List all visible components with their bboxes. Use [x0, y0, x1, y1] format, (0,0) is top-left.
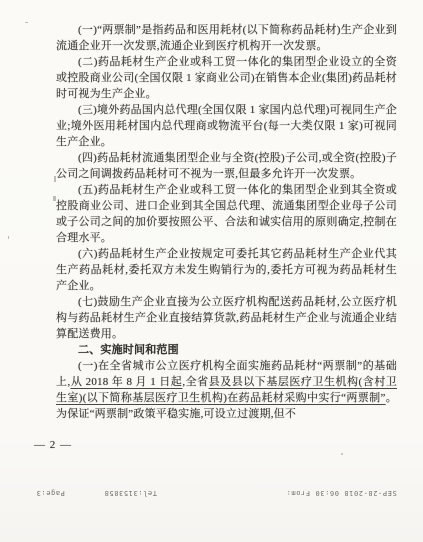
document-text-block: (一)“两票制”是指药品和医用耗材(以下简称药品耗材)生产企业到流通企业开一次发…	[56, 22, 397, 422]
paragraph-direct-distribution: (七)鼓励生产企业直接为公立医疗机构配送药品耗材,公立医疗机构与药品耗材生产企业…	[56, 294, 397, 342]
text-segment-underlined: 从 2018 年 8 月 1 日起	[70, 376, 182, 388]
paragraph-implementation-date: (一)在全省城市公立医疗机构全面实施药品耗材“两票制”的基础上,从 2018 年…	[56, 358, 397, 422]
scan-speckle	[54, 176, 56, 182]
paragraph-overseas-agent: (三)境外药品国内总代理(全国仅限 1 家国内总代理)可视同生产企业;境外医用耗…	[56, 102, 397, 150]
fax-footer-datetime-label: SEP-28-2018 06:30 From:	[286, 489, 397, 497]
paragraph-group-commercial-company: (二)药品耗材生产企业或科工贸一体化的集团型企业设立的全资或控股商业公司(全国仅…	[56, 54, 397, 102]
paragraph-subsidiary-transfer: (四)药品耗材流通集团型企业与全资(控股)子公司,或全资(控股)子公司之间调拨药…	[56, 150, 397, 182]
paragraph-entrusted-production: (六)药品耗材生产企业按规定可委托其它药品耗材生产企业代其生产药品耗材,委托双方…	[56, 246, 397, 294]
fax-footer-page-label: Page:3	[36, 489, 65, 497]
paragraph-two-invoice-definition: (一)“两票制”是指药品和医用耗材(以下简称药品耗材)生产企业到流通企业开一次发…	[56, 22, 397, 54]
fax-footer-tel-label: Tel:3153858	[104, 489, 157, 497]
scan-speckle	[25, 22, 28, 23]
scan-speckle	[8, 236, 9, 239]
section-heading-implementation-scope: 二、实施时间和范围	[56, 342, 397, 358]
scan-speckle	[53, 196, 56, 201]
scanned-document-page: (一)“两票制”是指药品和医用耗材(以下简称药品耗材)生产企业到流通企业开一次发…	[0, 0, 423, 542]
paragraph-markup-principles: (五)药品耗材生产企业或科工贸一体化的集团型企业到其全资或控股商业公司、进口企业…	[56, 182, 397, 246]
page-number: — 2 —	[34, 439, 72, 451]
text-segment: ,全省	[182, 376, 208, 388]
scan-speckle	[341, 453, 343, 455]
